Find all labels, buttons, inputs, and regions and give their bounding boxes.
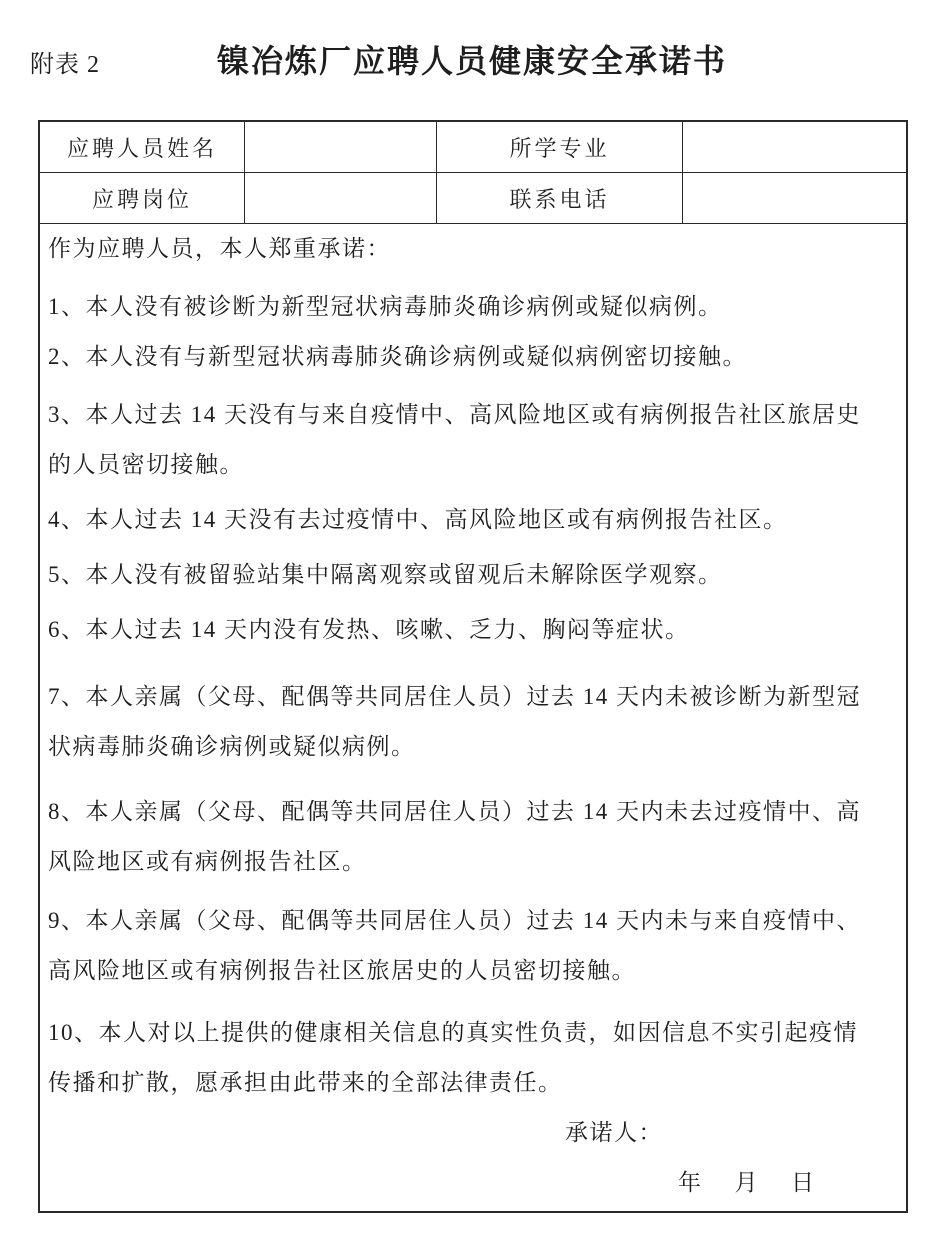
commitment-line: 7、本人亲属（父母、配偶等共同居住人员）过去 14 天内未被诊断为新型冠 xyxy=(48,672,898,722)
day-label: 日 xyxy=(791,1158,816,1208)
date-line: 年 月 日 xyxy=(678,1158,898,1208)
commitment-line: 9、本人亲属（父母、配偶等共同居住人员）过去 14 天内未与来自疫情中、 xyxy=(48,896,898,946)
position-label: 应聘岗位 xyxy=(40,173,245,224)
commitment-item: 8、本人亲属（父母、配偶等共同居住人员）过去 14 天内未去过疫情中、高风险地区… xyxy=(48,787,898,887)
commitment-item: 9、本人亲属（父母、配偶等共同居住人员）过去 14 天内未与来自疫情中、高风险地… xyxy=(48,896,898,996)
document-header: 附表 2 镍冶炼厂应聘人员健康安全承诺书 xyxy=(0,0,944,120)
commitment-item: 6、本人过去 14 天内没有发热、咳嗽、乏力、胸闷等症状。 xyxy=(48,605,898,655)
commitment-line: 4、本人过去 14 天没有去过疫情中、高风险地区或有病例报告社区。 xyxy=(48,495,898,545)
commitment-item: 5、本人没有被留验站集中隔离观察或留观后未解除医学观察。 xyxy=(48,550,898,600)
year-label: 年 xyxy=(678,1158,703,1208)
major-value xyxy=(683,122,906,173)
commitment-line: 10、本人对以上提供的健康相关信息的真实性负责，如因信息不实引起疫情 xyxy=(48,1008,898,1058)
applicant-name-value xyxy=(245,122,437,173)
document-page: 附表 2 镍冶炼厂应聘人员健康安全承诺书 应聘人员姓名 所学专业 应聘岗位 联系… xyxy=(0,0,944,120)
commitment-line: 2、本人没有与新型冠状病毒肺炎确诊病例或疑似病例密切接触。 xyxy=(48,332,898,382)
month-label: 月 xyxy=(735,1158,760,1208)
commitment-items: 1、本人没有被诊断为新型冠状病毒肺炎确诊病例或疑似病例。2、本人没有与新型冠状病… xyxy=(48,282,898,1108)
commitment-line: 6、本人过去 14 天内没有发热、咳嗽、乏力、胸闷等症状。 xyxy=(48,605,898,655)
major-label: 所学专业 xyxy=(437,122,683,173)
applicant-name-label: 应聘人员姓名 xyxy=(40,122,245,173)
commitment-intro: 作为应聘人员，本人郑重承诺： xyxy=(48,224,898,274)
commitment-line: 传播和扩散，愿承担由此带来的全部法律责任。 xyxy=(48,1058,898,1108)
commitment-line: 风险地区或有病例报告社区。 xyxy=(48,837,898,887)
commitment-item: 10、本人对以上提供的健康相关信息的真实性负责，如因信息不实引起疫情传播和扩散，… xyxy=(48,1008,898,1108)
page-title: 镍冶炼厂应聘人员健康安全承诺书 xyxy=(0,36,944,82)
commitment-line: 的人员密切接触。 xyxy=(48,440,898,490)
commitment-line: 3、本人过去 14 天没有与来自疫情中、高风险地区或有病例报告社区旅居史 xyxy=(48,390,898,440)
commitment-item: 3、本人过去 14 天没有与来自疫情中、高风险地区或有病例报告社区旅居史的人员密… xyxy=(48,390,898,490)
applicant-info-grid: 应聘人员姓名 所学专业 应聘岗位 联系电话 xyxy=(40,122,906,224)
commitment-body: 作为应聘人员，本人郑重承诺： 1、本人没有被诊断为新型冠状病毒肺炎确诊病例或疑似… xyxy=(40,224,906,1208)
commitment-line: 8、本人亲属（父母、配偶等共同居住人员）过去 14 天内未去过疫情中、高 xyxy=(48,787,898,837)
commitment-line: 状病毒肺炎确诊病例或疑似病例。 xyxy=(48,722,898,772)
commitment-line: 5、本人没有被留验站集中隔离观察或留观后未解除医学观察。 xyxy=(48,550,898,600)
commitment-item: 7、本人亲属（父母、配偶等共同居住人员）过去 14 天内未被诊断为新型冠状病毒肺… xyxy=(48,672,898,772)
position-value xyxy=(245,173,437,224)
phone-label: 联系电话 xyxy=(437,173,683,224)
commitment-line: 高风险地区或有病例报告社区旅居史的人员密切接触。 xyxy=(48,946,898,996)
commitment-form-table: 应聘人员姓名 所学专业 应聘岗位 联系电话 作为应聘人员，本人郑重承诺： 1、本… xyxy=(38,120,908,1213)
commitment-line: 1、本人没有被诊断为新型冠状病毒肺炎确诊病例或疑似病例。 xyxy=(48,282,898,332)
commitment-item: 4、本人过去 14 天没有去过疫情中、高风险地区或有病例报告社区。 xyxy=(48,495,898,545)
commitment-item: 1、本人没有被诊断为新型冠状病毒肺炎确诊病例或疑似病例。 xyxy=(48,282,898,332)
signature-label: 承诺人： xyxy=(48,1108,898,1158)
commitment-item: 2、本人没有与新型冠状病毒肺炎确诊病例或疑似病例密切接触。 xyxy=(48,332,898,382)
phone-value xyxy=(683,173,906,224)
